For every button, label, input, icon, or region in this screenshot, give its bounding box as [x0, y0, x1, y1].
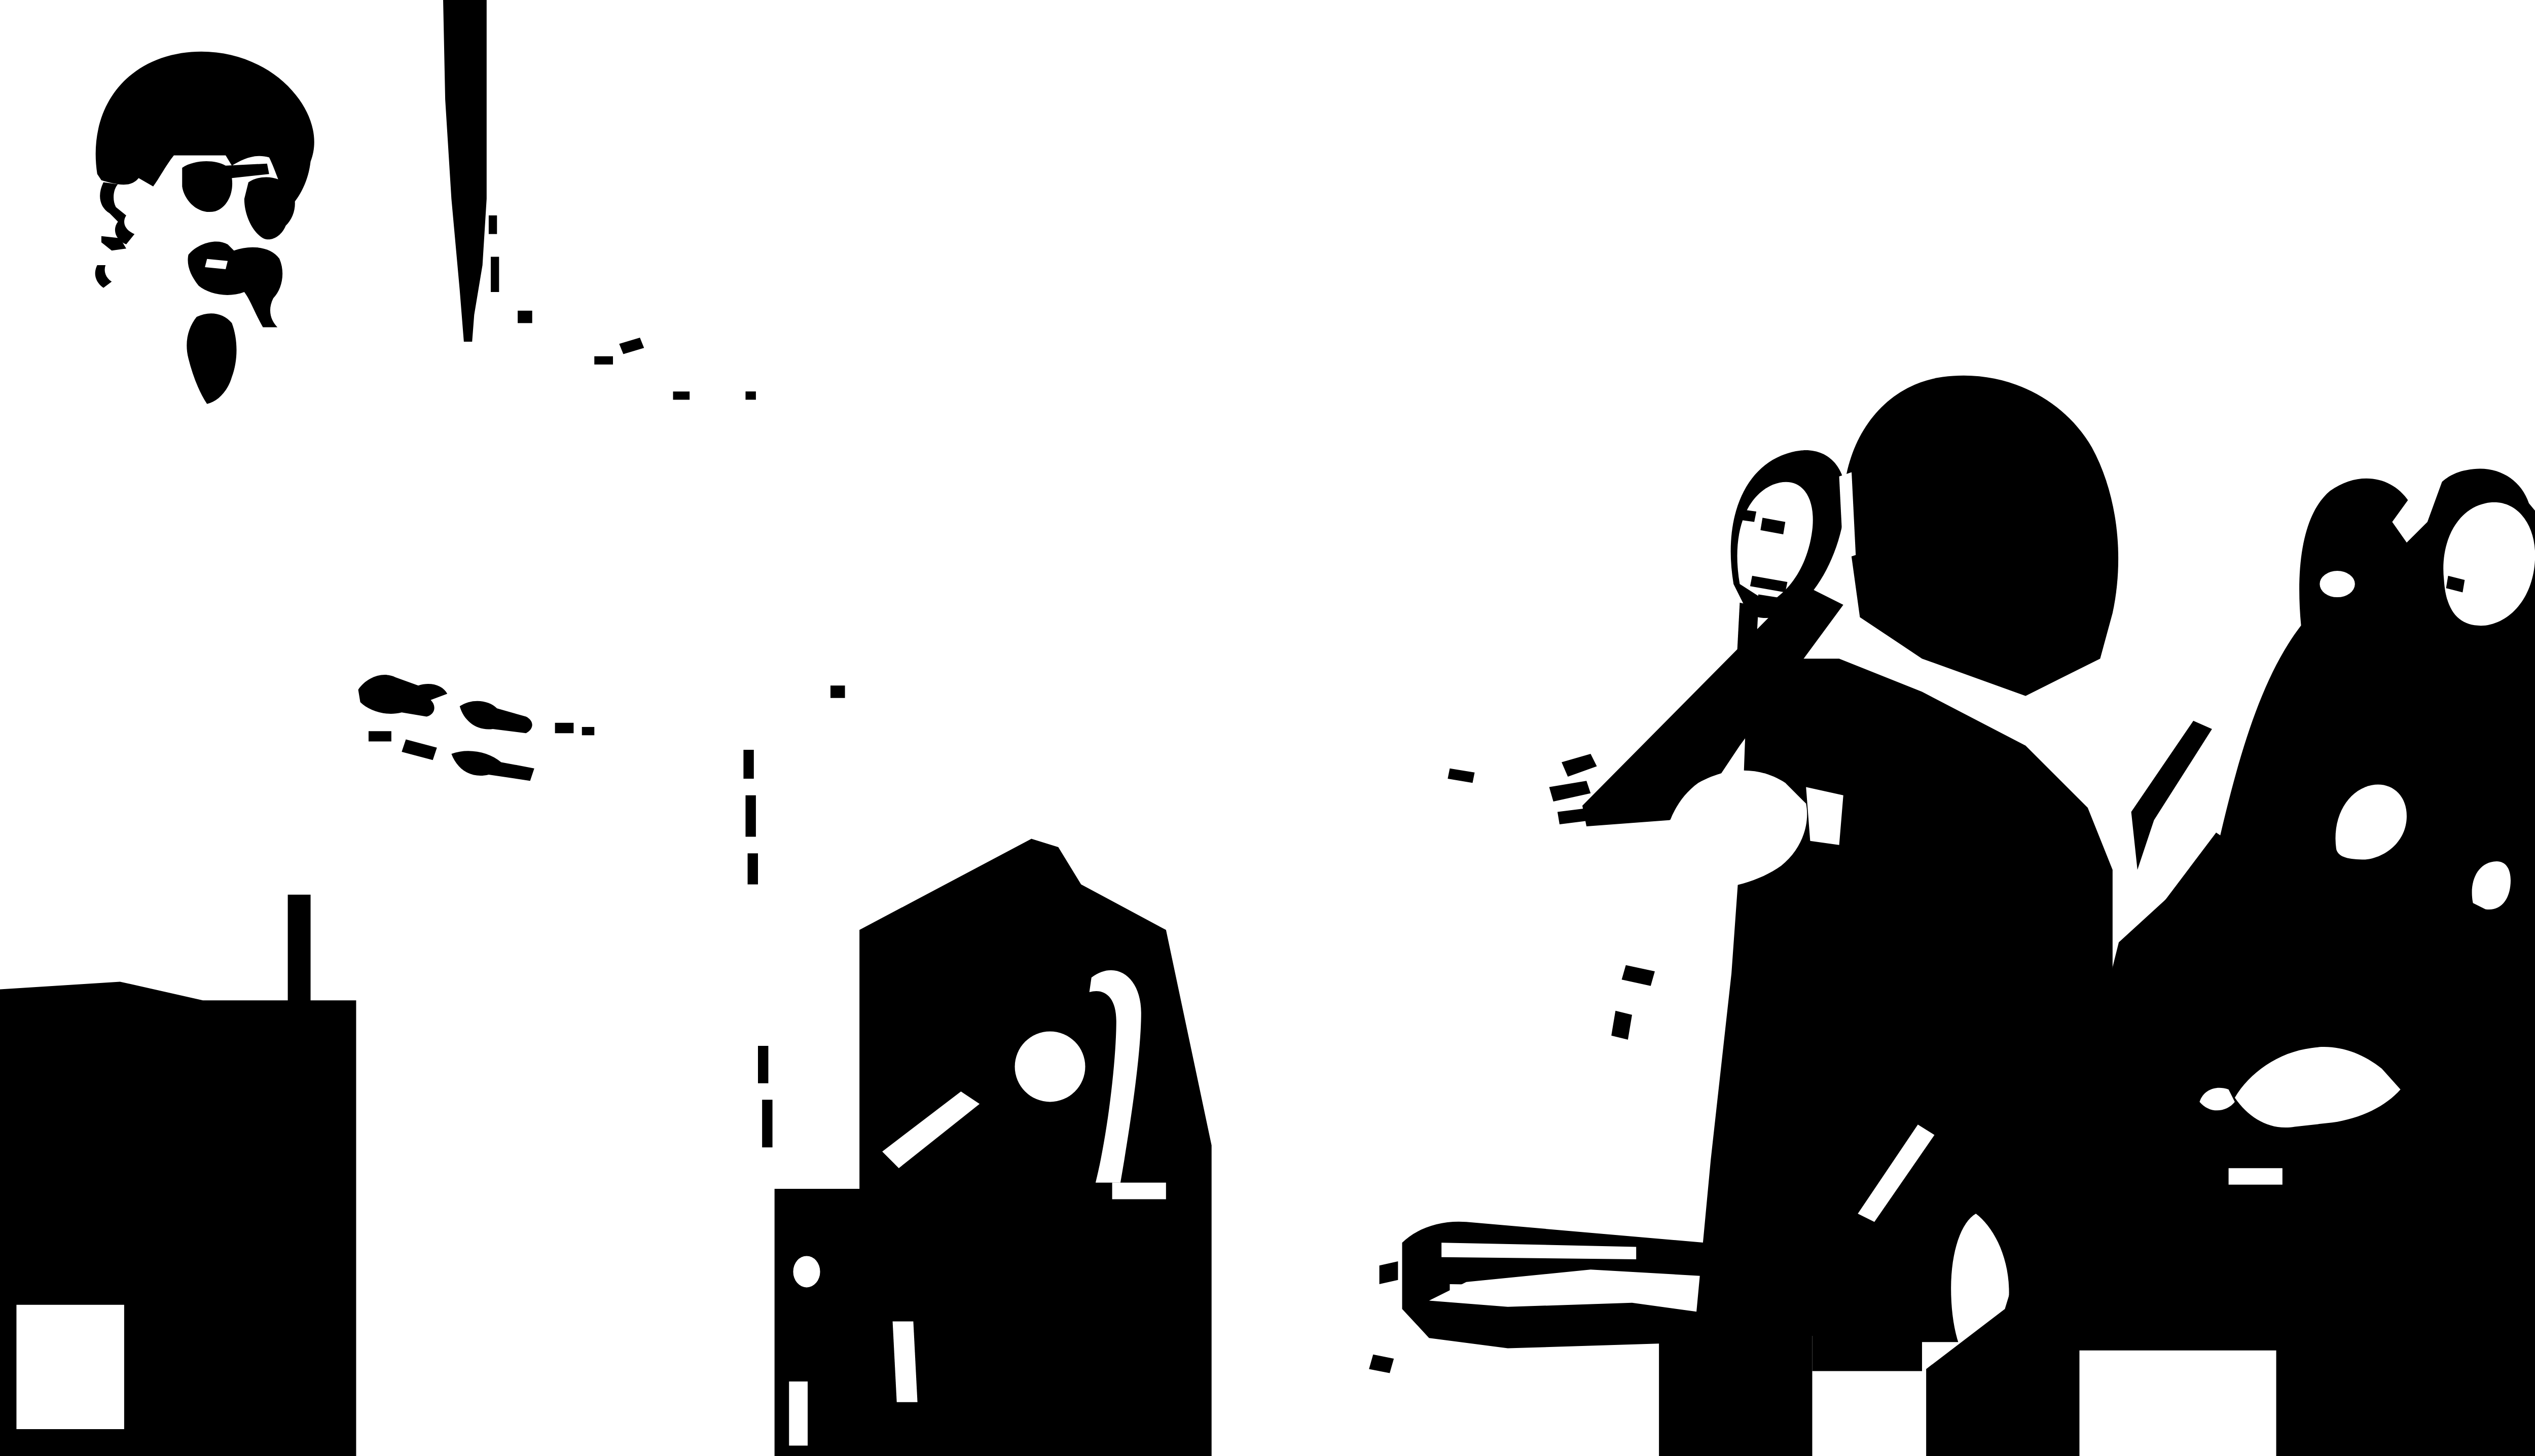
- dash-upper-d: [745, 391, 755, 399]
- binarized-photo: [0, 0, 2535, 1456]
- hands-blob-c: [369, 731, 391, 741]
- hands-blob-e: [451, 751, 534, 781]
- panel-circle-cutout: [1015, 1032, 1085, 1102]
- person1-brow: [1740, 509, 1756, 522]
- dash-upper-a: [594, 356, 613, 365]
- bench-bottom-dash: [1369, 1355, 1394, 1373]
- door-pillar: [443, 0, 532, 342]
- speaker-jaw-dash-b: [95, 265, 112, 288]
- person2-head-mass: [1843, 376, 2118, 696]
- audience: [1369, 376, 2535, 1456]
- pillar-dash-a: [489, 215, 497, 234]
- bench-trunk: [1659, 1336, 1812, 1456]
- pillar-dash-b: [491, 257, 499, 292]
- hands-dash-a: [555, 723, 574, 733]
- person1-finger-a: [1562, 754, 1597, 777]
- hands-blob-a: [358, 675, 448, 716]
- panel-horizontal-slit: [1112, 1183, 1166, 1199]
- bench2-bit-b: [2229, 1168, 2283, 1185]
- bench-tip-dot: [1380, 1261, 1398, 1284]
- podium-edge-dash-e: [762, 1100, 772, 1147]
- person1-finger-dash: [1447, 769, 1474, 783]
- panel-body: [775, 839, 1212, 1456]
- speaker-mustache-shadow: [188, 241, 282, 327]
- pillar-bar: [443, 0, 487, 342]
- podium-edge-dash-d: [758, 1046, 768, 1083]
- panel-dot-highlight: [793, 1256, 820, 1287]
- binarized-photo-canvas: [0, 0, 2535, 1456]
- dash-mid-dot: [830, 685, 845, 698]
- person1-sleeve-slit: [1806, 787, 1843, 845]
- person1-finger-b: [1549, 781, 1591, 802]
- podium-edge-dash-b: [745, 795, 755, 837]
- bench-stripe-b: [1450, 1284, 1686, 1303]
- speaker-neck-shadow: [187, 313, 236, 404]
- podium-edge-dash-c: [748, 853, 758, 884]
- panel-vertical-slit: [893, 1321, 918, 1402]
- podium-edge-dash-a: [743, 750, 753, 779]
- dash-upper-b: [619, 338, 644, 354]
- speaker-right-eye: [244, 177, 295, 239]
- chair-mark-b: [1622, 965, 1655, 986]
- head-dash-pair-a: [2038, 650, 2055, 659]
- left-desks: [0, 822, 356, 1456]
- lower-left-pocket: [16, 1305, 124, 1429]
- hands-blob-b: [460, 701, 532, 734]
- hands-blob-d: [402, 739, 437, 760]
- cluster-head1-eye-dot: [2320, 571, 2355, 597]
- speaker: [95, 52, 314, 404]
- chair-mark-a: [1611, 1011, 1632, 1040]
- gap-streak-c: [2131, 721, 2212, 870]
- head-dash-pair-b: [2059, 654, 2069, 663]
- projector-panel: [775, 839, 1212, 1456]
- podium: [358, 675, 773, 1147]
- pillar-dash-c: [518, 311, 532, 323]
- speaker-ear: [100, 183, 134, 245]
- dash-upper-c: [673, 391, 690, 399]
- hands-dash-b: [582, 727, 595, 735]
- panel-leg-slit: [789, 1381, 808, 1446]
